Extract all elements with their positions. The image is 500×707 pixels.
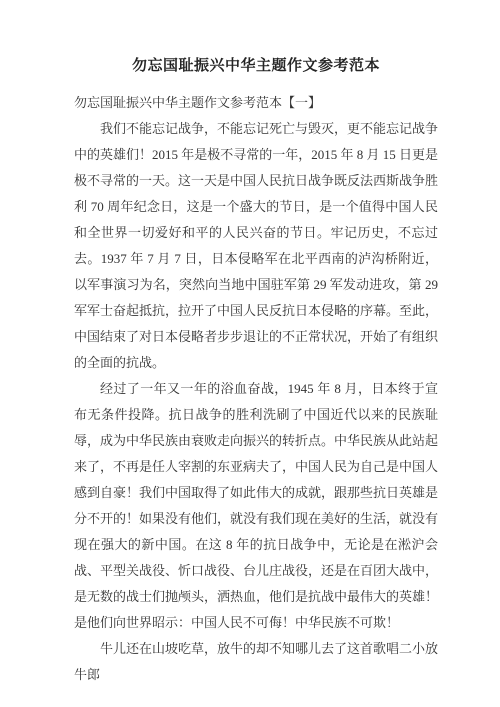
document-page: 勿忘国耻振兴中华主题作文参考范本 勿忘国耻振兴中华主题作文参考范本【一】 我们不… (0, 0, 500, 707)
document-subtitle: 勿忘国耻振兴中华主题作文参考范本【一】 (74, 90, 438, 116)
document-body: 我们不能忘记战争，不能忘记死亡与毁灭，更不能忘记战争中的英雄们！2015 年是极… (74, 116, 438, 688)
document-title: 勿忘国耻振兴中华主题作文参考范本 (74, 57, 438, 75)
paragraph-2: 经过了一年又一年的浴血奋战，1945 年 8 月，日本终于宣布无条件投降。抗日战… (74, 376, 438, 636)
paragraph-3: 牛儿还在山坡吃草，放牛的却不知哪儿去了这首歌唱二小放牛郎 (74, 636, 438, 688)
paragraph-1: 我们不能忘记战争，不能忘记死亡与毁灭，更不能忘记战争中的英雄们！2015 年是极… (74, 116, 438, 376)
